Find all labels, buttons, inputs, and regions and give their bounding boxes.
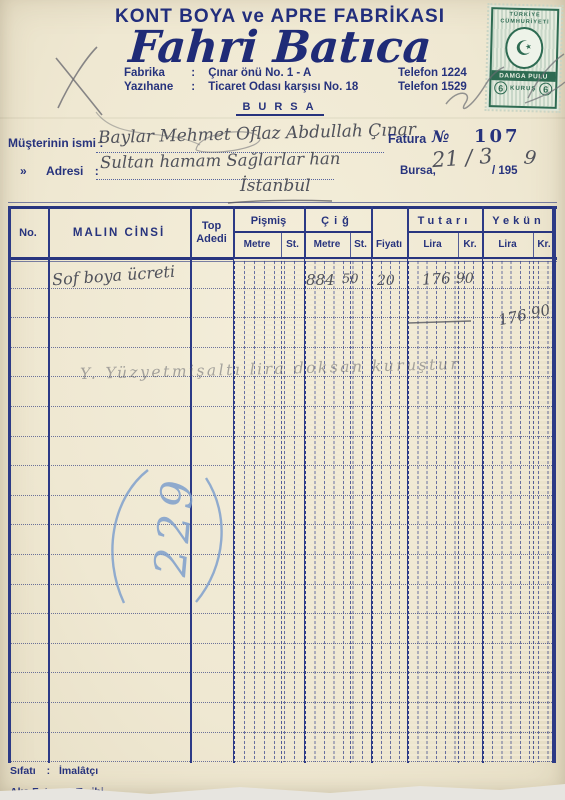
colon: : (191, 81, 195, 93)
revenue-stamp: TÜRKİYE CÜMHURİYETİ ☪ DAMGA PULU 6 KURUŞ… (487, 5, 562, 111)
office-address: Ticaret Odası karşısı No. 18 (208, 81, 358, 93)
col-header-yekun: Yekün (482, 209, 555, 232)
factory-address: Çınar önü No. 1 - A (208, 67, 311, 79)
purchase-invoice-label: Alış Faturası Tarihi (10, 786, 104, 798)
colon: : (47, 765, 51, 777)
ledger-row (9, 673, 552, 703)
ledger-row (9, 318, 552, 348)
ledger-row (9, 585, 552, 615)
city-name: BURSA (236, 101, 323, 116)
entry-cig-st-handwritten: 50 (342, 272, 359, 287)
col-header-pismis-st: St. (281, 232, 304, 257)
stamp-frame: TÜRKİYE CÜMHURİYETİ ☪ DAMGA PULU 6 KURUŞ… (489, 7, 560, 109)
address-row-labels: » Adresi : (20, 164, 99, 178)
address-label: Adresi (46, 164, 83, 178)
stamp-country-line2: CÜMHURİYETİ (500, 19, 549, 27)
stamp-emblem: ☪ (505, 27, 544, 70)
col-header-tutari-kr: Kr. (458, 232, 482, 257)
col-header-tutari: Tutarı (407, 209, 482, 232)
col-header-top: Top Adedi (190, 209, 233, 257)
address-city-handwritten: İstanbul (240, 176, 311, 196)
office-label: Yazıhane (124, 81, 188, 93)
col-header-pismis: Pişmiş (233, 209, 304, 232)
role-label: Sıfatı (10, 765, 36, 777)
col-header-tutari-lira: Lira (407, 232, 458, 257)
colon: : (191, 67, 195, 79)
ledger-row (9, 733, 552, 763)
chevron-right-icon: » (20, 164, 27, 178)
stamp-value-row: 6 KURUŞ 6 (491, 80, 555, 97)
ledger-row (9, 644, 552, 674)
customer-name-label: Müşterinin ismi (8, 136, 96, 150)
ledger-row (9, 614, 552, 644)
footer-role-row: Sıfatı : İmalâtçı (10, 765, 98, 777)
place-label: Bursa, (400, 165, 436, 177)
col-header-yekun-kr: Kr. (533, 232, 555, 257)
ledger-row (9, 555, 552, 585)
table-right-border (552, 206, 556, 763)
invoice-number-symbol: № (432, 127, 449, 146)
entry-fiyat-handwritten: 20 (377, 273, 395, 289)
role-value: İmalâtçı (59, 765, 98, 777)
ledger-row (9, 437, 552, 467)
factory-label: Fabrika (124, 67, 188, 79)
customer-name-row: Müşterinin ismi : (8, 136, 103, 150)
col-header-cig: Çiğ (304, 209, 371, 232)
invoice-paper: KONT BOYA ve APRE FABRİKASI Fahri Batıca… (0, 0, 565, 800)
stamp-country: TÜRKİYE CÜMHURİYETİ (500, 11, 550, 27)
ledger-row (9, 466, 552, 496)
invoice-label: Fatura (388, 132, 426, 146)
ledger-row (9, 289, 552, 319)
col-header-top-line2: Adedi (196, 233, 227, 246)
ledger-body (9, 259, 552, 762)
date-year-printed: / 195 (492, 165, 518, 177)
date-day-month-handwritten: 21 / 3 (431, 144, 493, 172)
date-year-digit-handwritten: 9 (523, 146, 538, 169)
entry-cig-metre-handwritten: 884 (306, 271, 335, 289)
paper-crease (0, 117, 565, 119)
col-header-yekun-lira: Lira (482, 232, 533, 257)
ledger-row (9, 496, 552, 526)
purchase-no-label: No. (232, 786, 249, 798)
office-phone: Telefon 1529 (398, 81, 467, 93)
owner-name: Fahri Batıca (78, 22, 482, 73)
ledger-row (9, 703, 552, 733)
entry-tutar-lira-handwritten: 176 (422, 269, 452, 288)
table-top-thin-rule (8, 202, 557, 203)
factory-address-row: Fabrika : Çınar önü No. 1 - A (124, 67, 311, 79)
col-header-cig-metre: Metre (304, 232, 350, 257)
dotted-leader (251, 784, 319, 795)
office-address-row: Yazıhane : Ticaret Odası karşısı No. 18 (124, 81, 358, 93)
stamp-unit: KURUŞ (510, 85, 536, 92)
col-header-pismis-metre: Metre (233, 232, 281, 257)
stamp-value-right: 6 (539, 83, 552, 96)
factory-phone: Telefon 1224 (398, 67, 467, 79)
blue-pen-note-handwritten: 229 (145, 472, 205, 578)
col-header-no: No. (8, 209, 48, 257)
col-header-cig-st: St. (350, 232, 371, 257)
entry-tutar-kr-handwritten: 90 (456, 271, 474, 287)
stamp-value-left: 6 (494, 82, 507, 95)
col-header-fiyat: Fiyatı (371, 232, 407, 257)
ledger-row (9, 407, 552, 437)
dotted-leader (107, 784, 225, 795)
city-wrap: BURSA (80, 97, 480, 116)
col-header-goods: MALIN CİNSİ (48, 209, 190, 257)
footer-purchase-row: Alış Faturası Tarihi No. (10, 784, 319, 798)
crescent-star-icon: ☪ (513, 34, 536, 62)
col-header-top-line1: Top (202, 220, 221, 233)
ledger-row (9, 525, 552, 555)
